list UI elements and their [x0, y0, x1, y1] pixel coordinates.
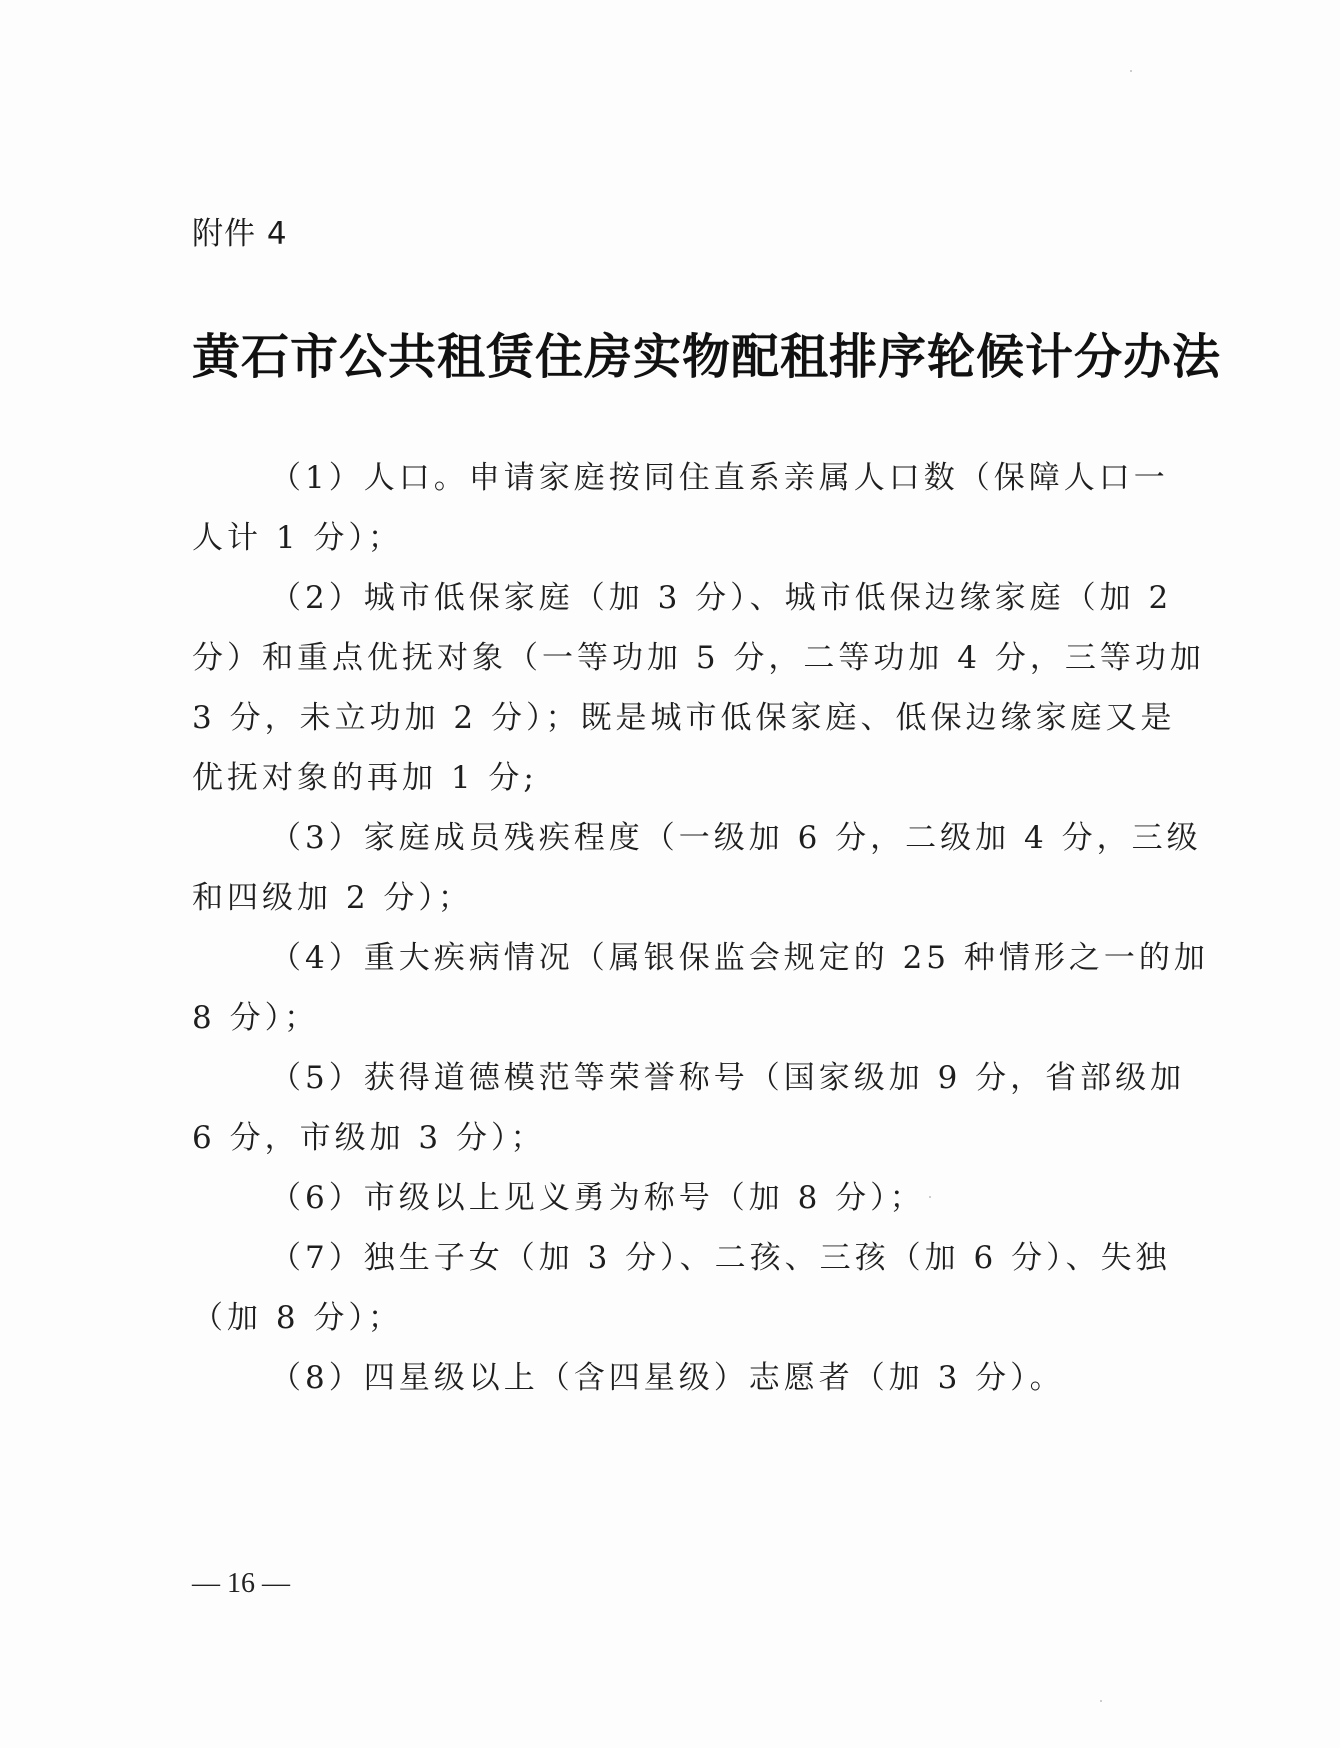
attachment-label: 附件 4 [192, 208, 288, 253]
paragraph-line: （4）重大疾病情况（属银保监会规定的 25 种情形之一的加 [192, 928, 1112, 988]
paragraph-line: （1）人口。申请家庭按同住直系亲属人口数（保障人口一 [192, 448, 1112, 508]
paragraph-line: （8）四星级以上（含四星级）志愿者（加 3 分）。 [192, 1348, 1112, 1408]
paragraph-line: 人计 1 分）； [192, 508, 1112, 568]
document-page: 附件 4 黄石市公共租赁住房实物配租排序轮候计分办法 （1）人口。申请家庭按同住… [0, 0, 1340, 1748]
paragraph-5-honorary-titles: （5）获得道德模范等荣誉称号（国家级加 9 分，省部级加 6 分，市级加 3 分… [192, 1048, 1112, 1168]
scan-speck [1130, 70, 1132, 72]
paragraph-line: （5）获得道德模范等荣誉称号（国家级加 9 分，省部级加 [192, 1048, 1112, 1108]
paragraph-line: （3）家庭成员残疾程度（一级加 6 分，二级加 4 分，三级 [192, 808, 1112, 868]
paragraph-line: 和四级加 2 分）； [192, 868, 1112, 928]
paragraph-1-population: （1）人口。申请家庭按同住直系亲属人口数（保障人口一 人计 1 分）； [192, 448, 1112, 568]
paragraph-6-bravery: （6）市级以上见义勇为称号（加 8 分）； [192, 1168, 1112, 1228]
document-body: （1）人口。申请家庭按同住直系亲属人口数（保障人口一 人计 1 分）； （2）城… [192, 448, 1112, 1408]
paragraph-line: 6 分，市级加 3 分）； [192, 1108, 1112, 1168]
paragraph-line: 优抚对象的再加 1 分; [192, 748, 1112, 808]
paragraph-3-disability: （3）家庭成员残疾程度（一级加 6 分，二级加 4 分，三级 和四级加 2 分）… [192, 808, 1112, 928]
paragraph-2-low-income-families: （2）城市低保家庭（加 3 分）、城市低保边缘家庭（加 2 分）和重点优抚对象（… [192, 568, 1112, 808]
paragraph-7-children: （7）独生子女（加 3 分）、二孩、三孩（加 6 分）、失独 （加 8 分）； [192, 1228, 1112, 1348]
scan-speck [929, 1196, 931, 1198]
paragraph-line: （7）独生子女（加 3 分）、二孩、三孩（加 6 分）、失独 [192, 1228, 1112, 1288]
paragraph-4-major-illness: （4）重大疾病情况（属银保监会规定的 25 种情形之一的加 8 分）； [192, 928, 1112, 1048]
paragraph-line: 3 分，未立功加 2 分）；既是城市低保家庭、低保边缘家庭又是 [192, 688, 1112, 748]
paragraph-line: 8 分）； [192, 988, 1112, 1048]
paragraph-line: （6）市级以上见义勇为称号（加 8 分）； [192, 1168, 1112, 1228]
paragraph-8-volunteers: （8）四星级以上（含四星级）志愿者（加 3 分）。 [192, 1348, 1112, 1408]
document-title: 黄石市公共租赁住房实物配租排序轮候计分办法 [192, 318, 1152, 387]
paragraph-line: （加 8 分）； [192, 1288, 1112, 1348]
paragraph-line: 分）和重点优抚对象（一等功加 5 分，二等功加 4 分，三等功加 [192, 628, 1112, 688]
scan-speck [1100, 1700, 1102, 1702]
page-number: — 16 — [192, 1568, 290, 1600]
paragraph-line: （2）城市低保家庭（加 3 分）、城市低保边缘家庭（加 2 [192, 568, 1112, 628]
